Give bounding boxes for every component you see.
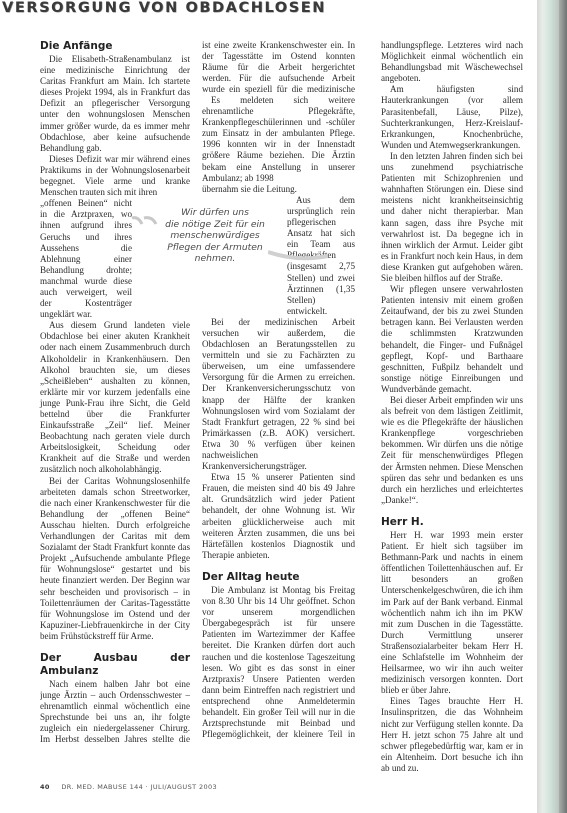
paragraph: Eines Tages brauchte Herr H. Insulinspri…	[381, 696, 523, 774]
pull-quote-line: Pflegen der Armuten	[150, 242, 280, 254]
section-heading-alltag: Der Alltag heute	[202, 571, 355, 584]
paragraph: Die Elisabeth-Straßenambulanz ist eine m…	[40, 54, 190, 154]
paragraph-wrapped: übernahm sie die Leitung.	[202, 184, 355, 195]
paragraph-wrapped: „offenen Beinen“ nicht in die Arztpraxen…	[40, 198, 132, 320]
section-heading-anfaenge: Die Anfänge	[40, 40, 190, 53]
section-heading-ausbau: Der Ausbau der Ambulanz	[40, 652, 190, 678]
column-1: Die Anfänge Die Elisabeth-Straßenambulan…	[40, 40, 190, 745]
page-number: 40	[40, 783, 50, 791]
publication-info: DR. MED. MABUSE 144 · JULI/AUGUST 2003	[61, 783, 217, 791]
paragraph: Die Ambulanz ist Montag bis Freitag von …	[202, 585, 355, 741]
swoosh-decoration-icon	[268, 250, 328, 262]
paragraph: Wir pflegen unsere verwahrlosten Patient…	[381, 284, 523, 395]
pull-quote-line: die nötige Zeit für ein	[150, 219, 280, 231]
pull-quote-line: nehmen.	[150, 253, 280, 265]
pull-quote: Wir dürfen uns die nötige Zeit für ein m…	[150, 207, 280, 265]
paragraph: Bei dieser Arbeit empfinden wir uns als …	[381, 395, 523, 506]
paragraph: Aus diesem Grund landeten viele Obdachlo…	[40, 320, 190, 475]
paragraph: Etwa 15 % unserer Patienten sind Frauen,…	[202, 472, 355, 561]
paragraph: handlungspflege. Letzteres wird nach Mög…	[381, 40, 523, 84]
paragraph: Am häufigsten sind Hauterkrankungen (vor…	[381, 84, 523, 151]
column-2: ist eine zweite Krankenschwester ein. In…	[202, 40, 355, 741]
pull-quote-line: menschenwürdiges	[150, 230, 280, 242]
page-header-title: VERSORGUNG VON OBDACHLOSEN	[2, 0, 326, 16]
paragraph: Herr H. war 1993 mein erster Patient. Er…	[381, 530, 523, 696]
paragraph: Bei der Caritas Wohnungslosenhilfe arbei…	[40, 476, 190, 642]
paragraph: Es meldeten sich weitere ehrenamtliche P…	[202, 95, 355, 184]
paragraph: Dieses Defizit war mir während eines Pra…	[40, 154, 190, 198]
section-heading-herr-h: Herr H.	[381, 516, 523, 529]
pull-quote-line: Wir dürfen uns	[150, 207, 280, 219]
page-footer: 40 DR. MED. MABUSE 144 · JULI/AUGUST 200…	[40, 783, 217, 791]
column-3: handlungspflege. Letzteres wird nach Mög…	[381, 40, 523, 774]
page-edge-dark	[559, 0, 567, 813]
paragraph: Bei der medizinischen Arbeit versuchen w…	[202, 317, 355, 472]
paragraph: In den letzten Jahren finden sich bei un…	[381, 151, 523, 284]
paragraph: ist eine zweite Krankenschwester ein. In…	[202, 40, 355, 95]
paragraph: Nach einem halben Jahr bot eine junge Är…	[40, 679, 190, 745]
